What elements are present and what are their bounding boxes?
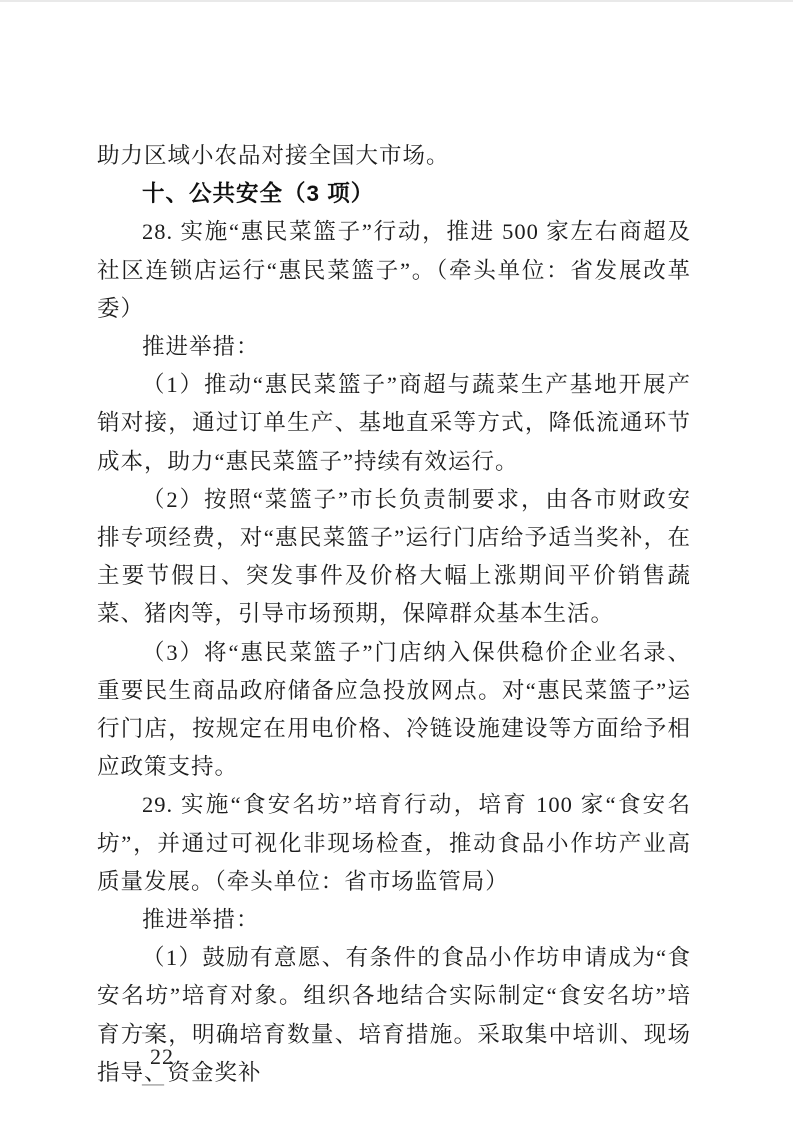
paragraph-item-29-measure-1: （1）鼓励有意愿、有条件的食品小作坊申请成为“食安名坊”培育对象。组织各地结合实… <box>97 939 691 1092</box>
paragraph-measures-label-2: 推进举措： <box>97 901 691 939</box>
paragraph-item-28: 28. 实施“惠民菜篮子”行动，推进 500 家左右商超及社区连锁店运行“惠民菜… <box>97 213 691 328</box>
section-heading-public-safety: 十、公共安全（3 项） <box>97 175 691 213</box>
paragraph-item-28-measure-1: （1）推动“惠民菜篮子”商超与蔬菜生产基地开展产销对接，通过订单生产、基地直采等… <box>97 366 691 481</box>
page-top-edge <box>0 0 793 2</box>
paragraph-item-29: 29. 实施“食安名坊”培育行动，培育 100 家“食安名坊”，并通过可视化非现… <box>97 786 691 901</box>
paragraph-item-28-measure-2: （2）按照“菜篮子”市长负责制要求，由各市财政安排专项经费，对“惠民菜篮子”运行… <box>97 481 691 634</box>
paragraph-continuation: 助力区域小农品对接全国大市场。 <box>97 137 691 175</box>
page-number: 22 <box>142 1044 182 1069</box>
document-body: 助力区域小农品对接全国大市场。 十、公共安全（3 项） 28. 实施“惠民菜篮子… <box>97 137 691 1092</box>
paragraph-measures-label-1: 推进举措： <box>97 328 691 366</box>
page-number-dash-left: — <box>142 1018 165 1043</box>
page-number-dash-right: — <box>142 1070 165 1095</box>
document-page: 助力区域小农品对接全国大市场。 十、公共安全（3 项） 28. 实施“惠民菜篮子… <box>0 0 793 1122</box>
page-number-footer: — 22 — <box>116 992 182 1122</box>
paragraph-item-28-measure-3: （3）将“惠民菜篮子”门店纳入保供稳价企业名录、重要民生商品政府储备应急投放网点… <box>97 634 691 787</box>
